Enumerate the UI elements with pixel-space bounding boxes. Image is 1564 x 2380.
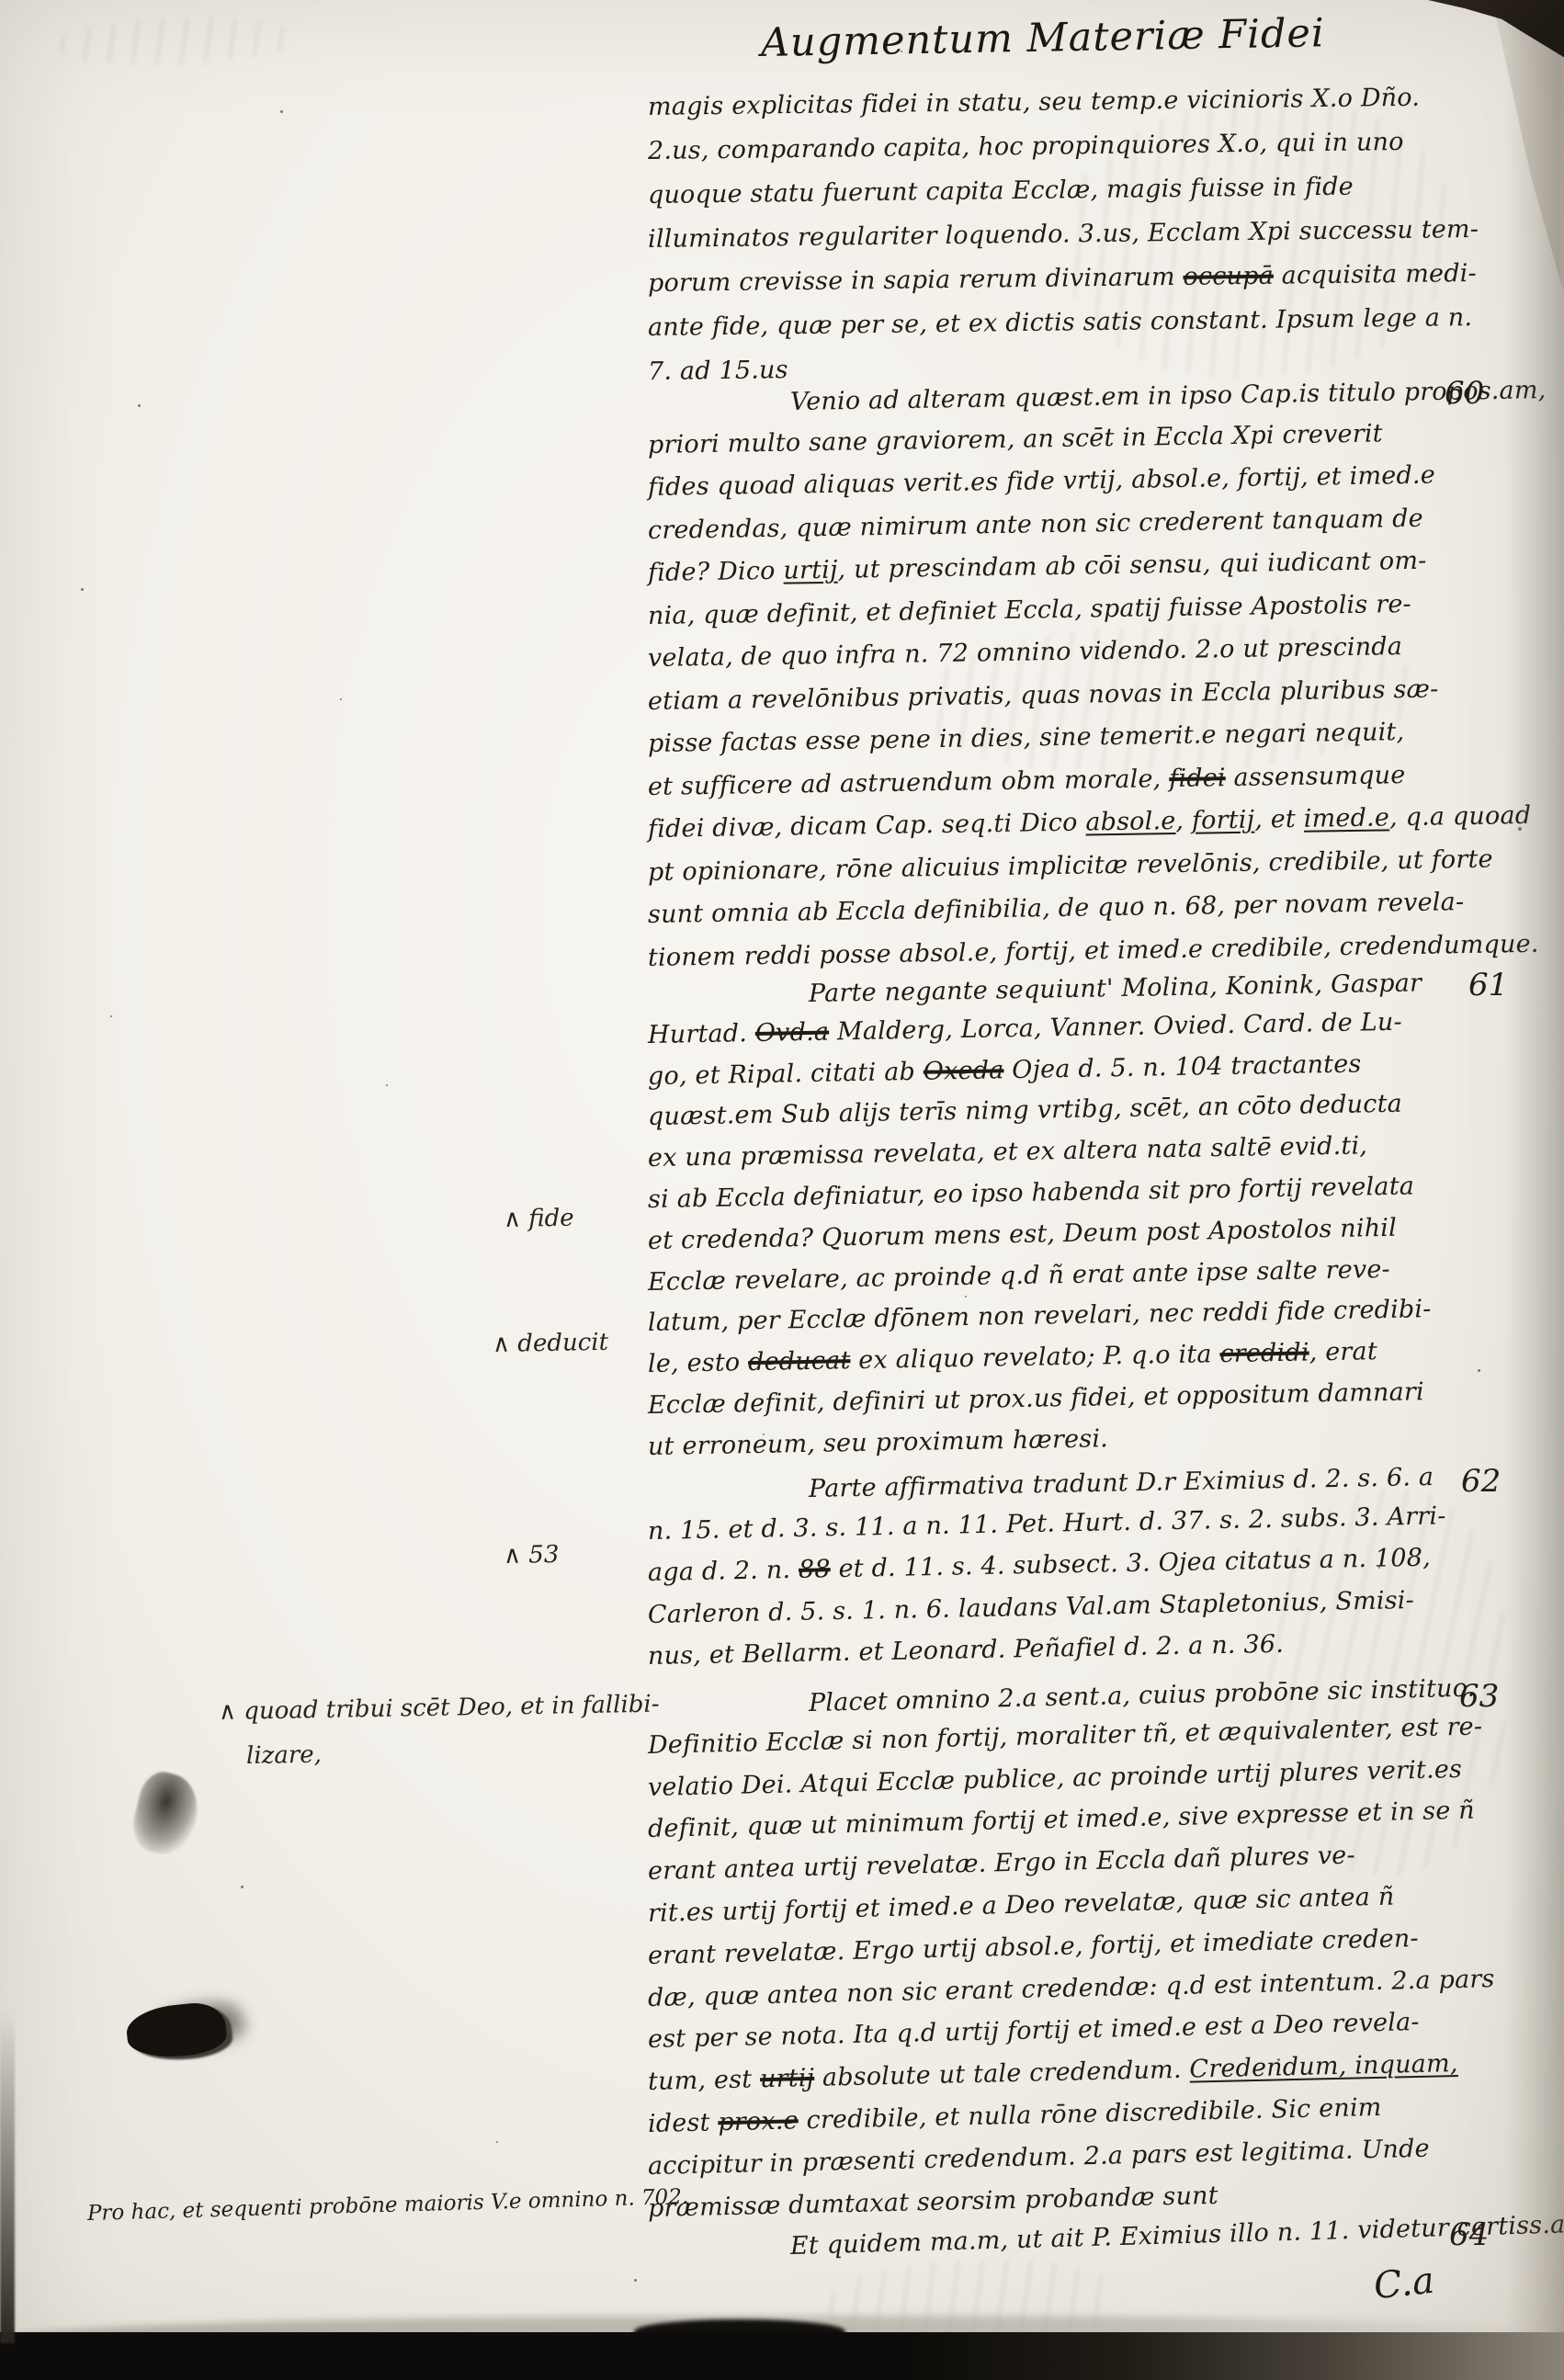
- manuscript-line: nia, quæ definit, et definiet Eccla, spa…: [648, 591, 1411, 628]
- manuscript-page: Augmentum Materiæ Fidei magis explicitas…: [0, 0, 1564, 2380]
- manuscript-line: et credenda? Quorum mens est, Deum post …: [648, 1216, 1397, 1253]
- paper-speck: [280, 110, 283, 113]
- bleed-through-ghost: [54, 14, 295, 68]
- manuscript-line: est per se nota. Ita q.d urtij fortij et…: [648, 2010, 1420, 2052]
- manuscript-line: Parte affirmativa tradunt D.r Eximius d.…: [809, 1465, 1434, 1502]
- margin-section-number: 61: [1468, 967, 1508, 1003]
- margin-section-number: 60: [1445, 375, 1484, 412]
- margin-insertion-note: ∧ deducit: [493, 1329, 609, 1358]
- manuscript-line: Parte negante sequiunt' Molina, Konink, …: [809, 970, 1422, 1006]
- manuscript-line: 7. ad 15.us: [648, 357, 788, 384]
- manuscript-line: Ecclæ revelare, ac proinde q.d ñ erat an…: [648, 1256, 1390, 1294]
- margin-insertion-note: ∧ fide: [504, 1205, 574, 1233]
- manuscript-line: accipitur in præsenti credendum. 2.a par…: [648, 2136, 1430, 2178]
- manuscript-line: quæst.em Sub alijs terīs nimg vrtibg, sc…: [648, 1092, 1402, 1129]
- left-edge-shadow: [0, 2012, 15, 2343]
- paper-speck: [81, 588, 84, 591]
- paper-speck: [241, 1886, 244, 1888]
- manuscript-line: fidei divæ, dicam Cap. seq.ti Dico absol…: [648, 803, 1532, 842]
- margin-insertion-note: ∧ quoad tribui scēt Deo, et in fallibi-: [219, 1691, 660, 1726]
- manuscript-line: nus, et Bellarm. et Leonard. Peñafiel d.…: [648, 1632, 1285, 1669]
- manuscript-line: et sufficere ad astruendum obm morale, f…: [648, 763, 1406, 799]
- manuscript-line: erant antea urtij revelatæ. Ergo in Eccl…: [648, 1843, 1355, 1884]
- paper-speck: [138, 404, 141, 407]
- margin-section-number: 62: [1461, 1463, 1501, 1500]
- manuscript-line: ex una præmissa revelata, et ex altera n…: [648, 1134, 1368, 1172]
- manuscript-line: fide? Dico urtij, ut prescindam ab cōi s…: [648, 549, 1427, 585]
- manuscript-line: pt opinionare, rōne alicuius implicitæ r…: [648, 846, 1493, 884]
- ink-smudge-blot: [127, 1767, 205, 1860]
- margin-section-number: 63: [1459, 1678, 1499, 1715]
- margin-section-number: 64: [1449, 2216, 1489, 2253]
- manuscript-line: idest prox.e credibile, et nulla rōne di…: [648, 2095, 1382, 2136]
- manuscript-line: latum, per Ecclæ dfōnem non revelari, ne…: [648, 1298, 1432, 1336]
- margin-insertion-note: ∧ 53: [504, 1541, 560, 1570]
- manuscript-line: Et quidem ma.m, ut ait P. Eximius illo n…: [790, 2212, 1564, 2259]
- manuscript-line: Ecclæ definit, definiri ut prox.us fidei…: [648, 1379, 1424, 1418]
- footer-margin-note: Pro hac, et sequenti probōne maioris V.e…: [87, 2185, 689, 2226]
- manuscript-line: dæ, quæ antea non sic erant credendæ: q.…: [648, 1966, 1495, 2011]
- manuscript-line: sunt omnia ab Eccla definibilia, de quo …: [648, 890, 1465, 927]
- margin-insertion-note: lizare,: [246, 1741, 322, 1770]
- page-title: Augmentum Materiæ Fidei: [761, 10, 1325, 66]
- paper-speck: [340, 698, 342, 700]
- manuscript-line: go, et Ripal. citati ab Oxeda Ojea d. 5.…: [648, 1051, 1362, 1089]
- manuscript-line: tum, est urtij absolute ut tale credendu…: [648, 2051, 1458, 2094]
- paper-speck: [634, 2279, 637, 2282]
- manuscript-line: rit.es urtij fortij et imed.e a Deo reve…: [648, 1885, 1395, 1926]
- manuscript-line: Venio ad alteram quæst.em in ipso Cap.is…: [790, 378, 1547, 414]
- ink-solid-blot: [124, 2000, 228, 2062]
- paper-speck: [965, 1296, 967, 1298]
- manuscript-line: credendas, quæ nimirum ante non sic cred…: [648, 505, 1423, 542]
- manuscript-line: tionem reddi posse absol.e, fortij, et i…: [648, 931, 1539, 969]
- paper-speck: [386, 1084, 388, 1086]
- manuscript-line: si ab Eccla definiatur, eo ipso habenda …: [648, 1173, 1414, 1212]
- page-edge-right-shadow: [1505, 0, 1564, 2380]
- manuscript-line: le, esto deducat ex aliquo revelato; P. …: [648, 1339, 1377, 1377]
- manuscript-line: ut erroneum, seu proximum hæresi.: [648, 1426, 1108, 1459]
- manuscript-line: præmissæ dumtaxat seorsim probandæ sunt: [648, 2183, 1218, 2221]
- catchword: C.a: [1372, 2260, 1436, 2308]
- manuscript-line: Hurtad. Ovd.a Malderg, Lorca, Vanner. Ov…: [648, 1009, 1402, 1047]
- manuscript-line: fides quoad aliquas verit.es fide vrtij,…: [648, 463, 1435, 500]
- bottom-scan-edge: [0, 2332, 1564, 2380]
- manuscript-line: erant revelatæ. Ergo urtij absol.e, fort…: [648, 1926, 1419, 1968]
- paper-speck: [110, 1015, 112, 1017]
- paper-speck: [496, 2141, 498, 2143]
- manuscript-line: priori multo sane graviorem, an scēt in …: [648, 421, 1383, 458]
- paper-speck: [1478, 1369, 1480, 1372]
